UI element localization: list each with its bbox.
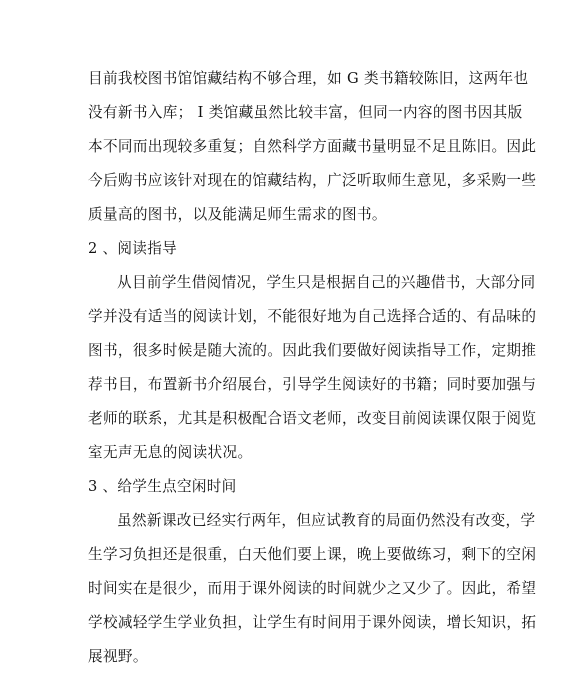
text-line: 今后购书应该针对现在的馆藏结构，广泛听取师生意见，多采购一些 bbox=[88, 168, 500, 202]
paragraph-collection-structure: 目前我校图书馆馆藏结构不够合理，如 G 类书籍较陈旧，这两年也 没有新书入库； … bbox=[88, 66, 500, 236]
text-line: 目前我校图书馆馆藏结构不够合理，如 G 类书籍较陈旧，这两年也 bbox=[88, 66, 500, 100]
paragraph-reading-guidance: 从目前学生借阅情况，学生只是根据自己的兴趣借书，大部分同 学并没有适当的阅读计划… bbox=[88, 270, 500, 474]
text-line: 荐书目，布置新书介绍展台，引导学生阅读好的书籍；同时要加强与 bbox=[88, 372, 500, 406]
text-line: 时间实在是很少，而用于课外阅读的时间就少之又少了。因此，希望 bbox=[88, 576, 500, 610]
section-heading-free-time: 3 、给学生点空闲时间 bbox=[88, 474, 500, 508]
text-line: 展视野。 bbox=[88, 644, 500, 674]
text-line: 学校减轻学生学业负担，让学生有时间用于课外阅读，增长知识，拓 bbox=[88, 610, 500, 644]
text-line: 没有新书入库； I 类馆藏虽然比较丰富，但同一内容的图书因其版 bbox=[88, 100, 500, 134]
text-line: 虽然新课改已经实行两年，但应试教育的局面仍然没有改变，学 bbox=[88, 508, 500, 542]
text-line: 图书，很多时候是随大流的。因此我们要做好阅读指导工作，定期推 bbox=[88, 338, 500, 372]
text-line: 学并没有适当的阅读计划，不能很好地为自己选择合适的、有品味的 bbox=[88, 304, 500, 338]
text-line: 质量高的图书，以及能满足师生需求的图书。 bbox=[88, 202, 500, 236]
text-line: 本不同而出现较多重复；自然科学方面藏书量明显不足且陈旧。因此 bbox=[88, 134, 500, 168]
text-line: 室无声无息的阅读状况。 bbox=[88, 440, 500, 474]
text-line: 生学习负担还是很重，白天他们要上课，晚上要做练习，剩下的空闲 bbox=[88, 542, 500, 576]
paragraph-free-time: 虽然新课改已经实行两年，但应试教育的局面仍然没有改变，学 生学习负担还是很重，白… bbox=[88, 508, 500, 674]
section-heading-reading-guidance: 2 、阅读指导 bbox=[88, 236, 500, 270]
text-line: 老师的联系，尤其是积极配合语文老师，改变目前阅读课仅限于阅览 bbox=[88, 406, 500, 440]
document-page: 目前我校图书馆馆藏结构不够合理，如 G 类书籍较陈旧，这两年也 没有新书入库； … bbox=[88, 66, 500, 674]
text-line: 从目前学生借阅情况，学生只是根据自己的兴趣借书，大部分同 bbox=[88, 270, 500, 304]
